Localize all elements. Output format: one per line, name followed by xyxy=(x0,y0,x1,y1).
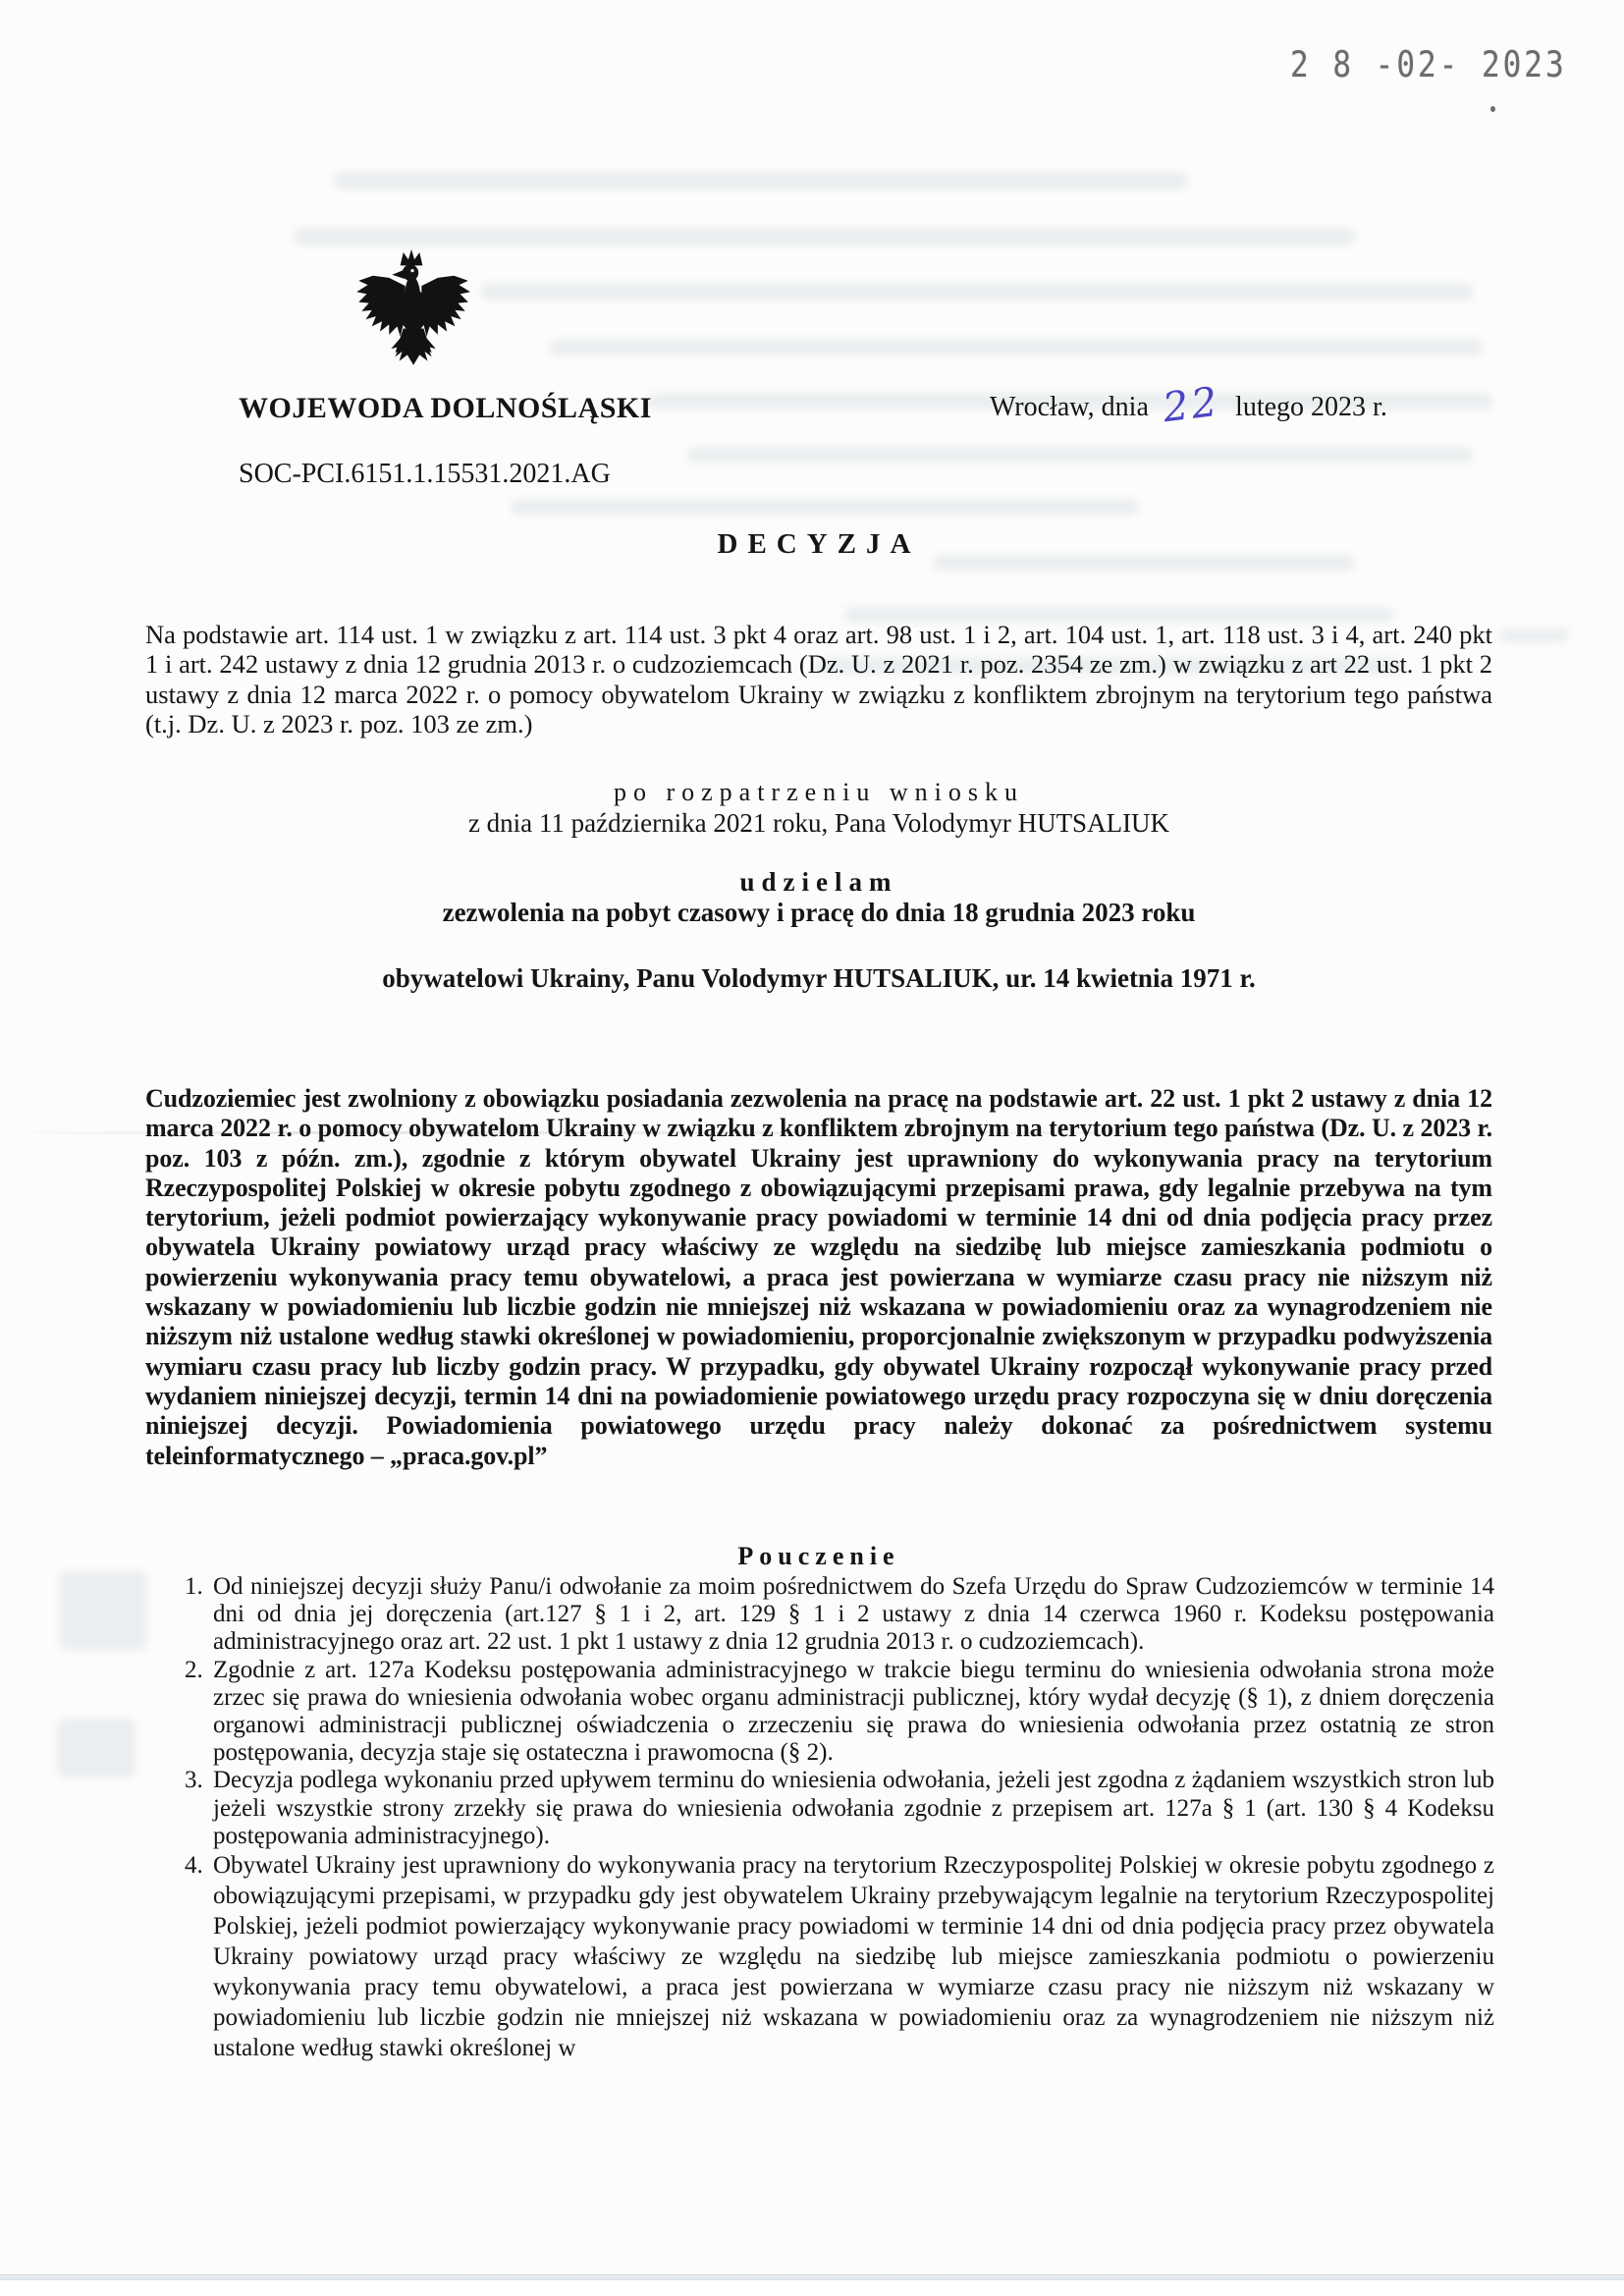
polish-eagle-emblem xyxy=(351,246,472,380)
pouczenie-item: 2. Zgodnie z art. 127a Kodeksu postępowa… xyxy=(145,1657,1494,1768)
application-date-line: z dnia 11 października 2021 roku, Pana V… xyxy=(145,808,1492,839)
bleed-through-artifact xyxy=(59,1571,147,1650)
grant-heading: udzielam xyxy=(145,867,1492,898)
item-text: Obywatel Ukrainy jest uprawniony do wyko… xyxy=(213,1852,1494,2061)
case-number: SOC-PCI.6151.1.15531.2021.AG xyxy=(239,459,611,490)
item-text: Od niniejszej decyzji służy Panu/i odwoł… xyxy=(213,1573,1494,1655)
bleed-through-artifact xyxy=(295,228,1355,246)
bottom-scan-margin xyxy=(0,2280,1624,2296)
pouczenie-item: 4. Obywatel Ukrainy jest uprawniony do w… xyxy=(145,1850,1494,2063)
bleed-through-artifact xyxy=(550,339,1483,355)
bleed-through-artifact xyxy=(1500,629,1569,642)
legal-basis-paragraph: Na podstawie art. 114 ust. 1 w związku z… xyxy=(145,620,1492,739)
bleed-through-artifact xyxy=(687,447,1473,463)
pouczenie-item: 1. Od niniejszej decyzji służy Panu/i od… xyxy=(145,1573,1494,1657)
exemption-paragraph: Cudzoziemiec jest zwolniony z obowiązku … xyxy=(145,1084,1492,1471)
pouczenie-heading: Pouczenie xyxy=(145,1542,1492,1571)
handwritten-day: 22 xyxy=(1162,392,1220,418)
eagle-icon xyxy=(351,246,472,380)
authority-name: WOJEWODA DOLNOŚLĄSKI xyxy=(239,392,652,425)
place-date-suffix: lutego 2023 r. xyxy=(1235,392,1387,422)
beneficiary-line: obywatelowi Ukrainy, Panu Volodymyr HUTS… xyxy=(145,963,1492,994)
date-received-stamp: 2 8 -02- 2023 xyxy=(1290,44,1567,85)
item-text: Decyzja podlega wykonaniu przed upływem … xyxy=(213,1767,1494,1848)
decision-title: DECYZJA xyxy=(145,528,1492,561)
item-number: 1. xyxy=(185,1573,203,1601)
scanned-decision-document: 2 8 -02- 2023 xyxy=(0,0,1624,2296)
pouczenie-item: 3. Decyzja podlega wykonaniu przed upływ… xyxy=(145,1767,1494,1850)
item-number: 2. xyxy=(185,1657,203,1684)
item-number: 4. xyxy=(185,1850,203,1881)
item-number: 3. xyxy=(185,1767,203,1794)
grant-scope-line: zezwolenia na pobyt czasowy i pracę do d… xyxy=(145,898,1492,928)
bleed-through-artifact xyxy=(511,499,1139,515)
place-and-date-line: Wrocław, dnia22lutego 2023 r. xyxy=(990,392,1387,423)
pouczenie-list: 1. Od niniejszej decyzji służy Panu/i od… xyxy=(145,1573,1494,2063)
bleed-through-artifact xyxy=(57,1719,135,1777)
item-text: Zgodnie z art. 127a Kodeksu postępowania… xyxy=(213,1657,1494,1767)
place-date-prefix: Wrocław, dnia xyxy=(990,392,1149,422)
ink-dot xyxy=(1490,106,1495,112)
bleed-through-artifact xyxy=(481,283,1473,301)
bleed-through-artifact xyxy=(334,172,1188,190)
review-line: po rozpatrzeniu wniosku xyxy=(145,778,1492,807)
